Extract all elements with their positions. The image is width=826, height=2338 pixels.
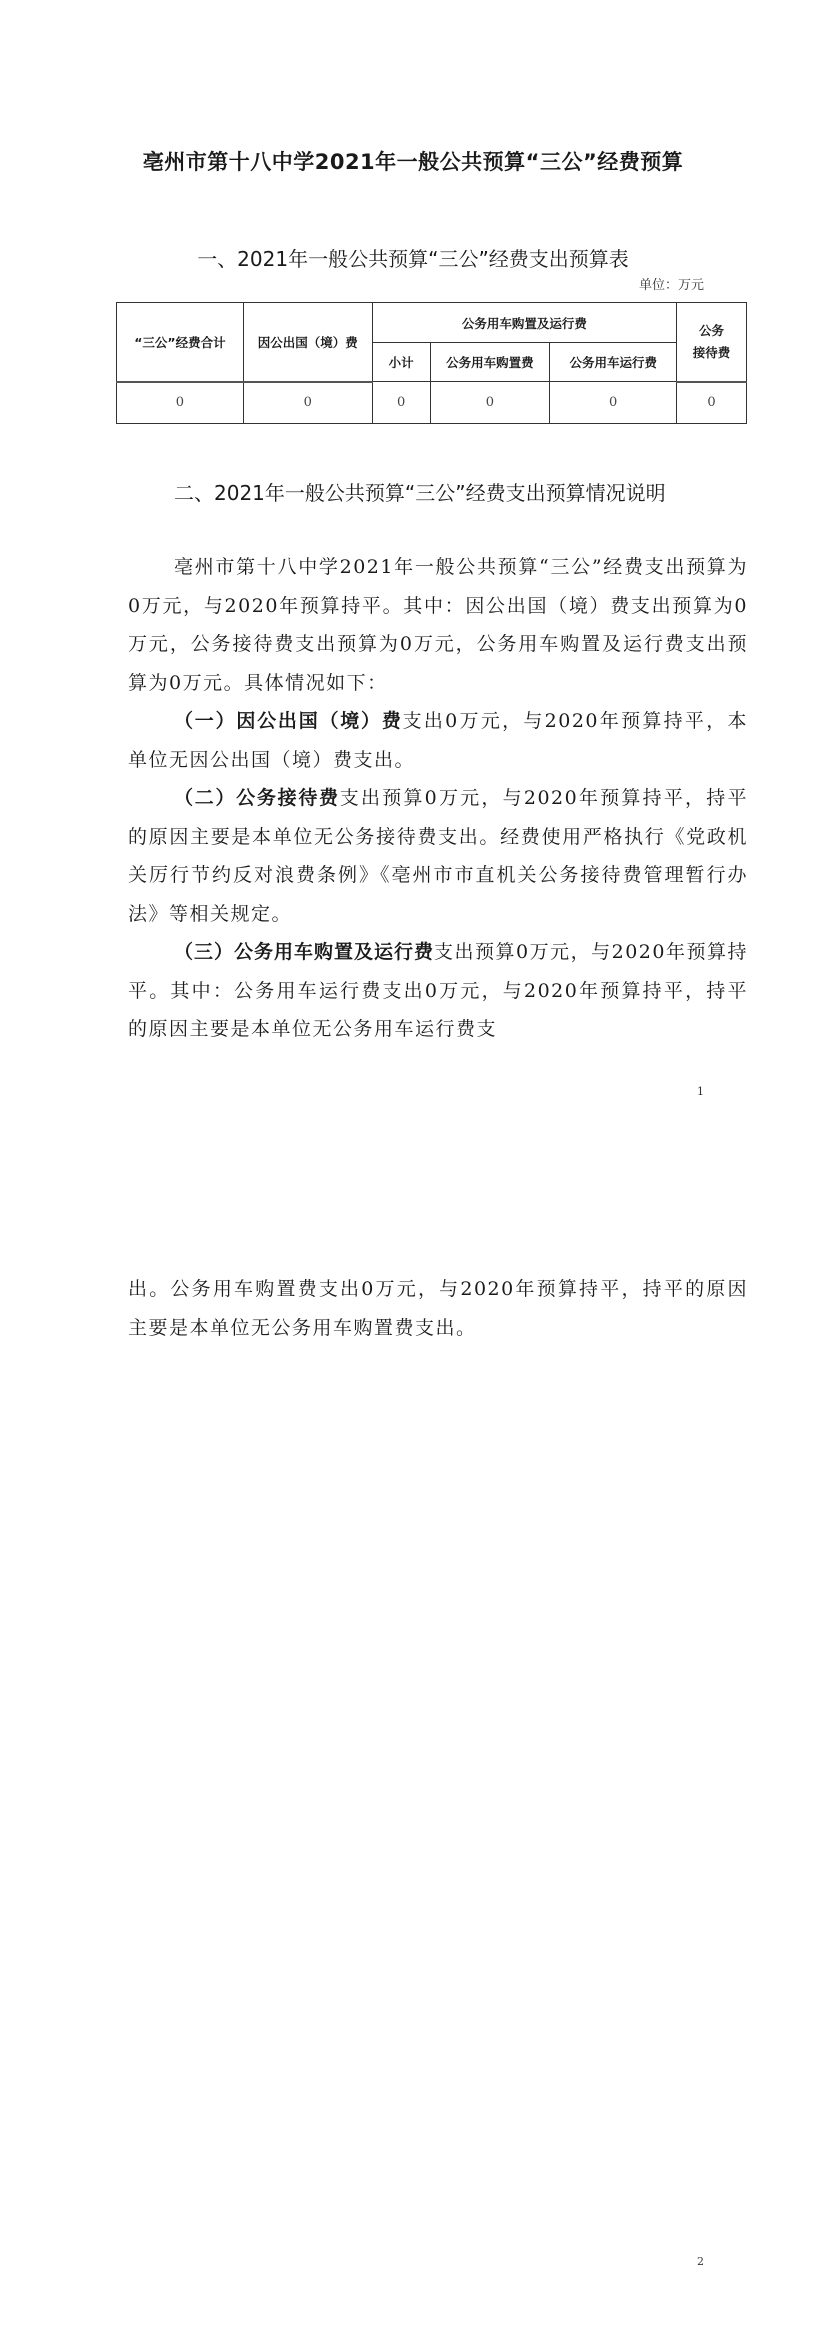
item3-continuation: 出。公务用车购置费支出0万元，与2020年预算持平，持平的原因主要是本单位无公务… bbox=[128, 1270, 748, 1347]
cell-subtotal: 0 bbox=[372, 382, 430, 424]
item1-label: （一）因公出国（境）费 bbox=[174, 710, 403, 732]
header-vehicle-purchase: 公务用车购置费 bbox=[430, 343, 550, 382]
item2-label: （二）公务接待费 bbox=[174, 787, 340, 809]
header-reception-line2: 接待费 bbox=[693, 345, 731, 360]
header-subtotal: 小计 bbox=[372, 343, 430, 382]
header-reception-line1: 公务 bbox=[699, 323, 724, 338]
cell-vehicle-purchase: 0 bbox=[430, 382, 550, 424]
header-overseas: 因公出国（境）费 bbox=[243, 303, 372, 382]
cell-total: 0 bbox=[117, 382, 244, 424]
item3-label: （三）公务用车购置及运行费 bbox=[174, 941, 434, 963]
unit-label: 单位：万元 bbox=[639, 274, 704, 293]
cell-reception: 0 bbox=[677, 382, 747, 424]
page-title: 亳州市第十八中学2021年一般公共预算“三公”经费预算 bbox=[0, 146, 826, 176]
cell-vehicle-operation: 0 bbox=[550, 382, 677, 424]
section2-title: 二、2021年一般公共预算“三公”经费支出预算情况说明 bbox=[128, 474, 748, 512]
header-total: “三公”经费合计 bbox=[117, 303, 244, 382]
header-vehicle-operation: 公务用车运行费 bbox=[550, 343, 677, 382]
cell-overseas: 0 bbox=[243, 382, 372, 424]
section2-body-page2: 出。公务用车购置费支出0万元，与2020年预算持平，持平的原因主要是本单位无公务… bbox=[128, 1270, 748, 1347]
header-reception: 公务 接待费 bbox=[677, 303, 747, 382]
intro-paragraph: 亳州市第十八中学2021年一般公共预算“三公”经费支出预算为0万元，与2020年… bbox=[128, 548, 748, 702]
table-row: 0 0 0 0 0 0 bbox=[117, 382, 747, 424]
three-public-expenses-table: “三公”经费合计 因公出国（境）费 公务用车购置及运行费 公务 接待费 小计 公… bbox=[116, 302, 747, 424]
page-number-1: 1 bbox=[697, 1085, 704, 1098]
item1-paragraph: （一）因公出国（境）费支出0万元，与2020年预算持平，本单位无因公出国（境）费… bbox=[128, 702, 748, 779]
section2-body-page1: 亳州市第十八中学2021年一般公共预算“三公”经费支出预算为0万元，与2020年… bbox=[128, 548, 748, 1049]
section1-title: 一、2021年一般公共预算“三公”经费支出预算表 bbox=[0, 243, 826, 272]
item2-paragraph: （二）公务接待费支出预算0万元，与2020年预算持平，持平的原因主要是本单位无公… bbox=[128, 779, 748, 933]
header-vehicle-group: 公务用车购置及运行费 bbox=[372, 303, 676, 343]
page-number-2: 2 bbox=[697, 2255, 704, 2268]
item3-paragraph: （三）公务用车购置及运行费支出预算0万元，与2020年预算持平。其中：公务用车运… bbox=[128, 933, 748, 1049]
